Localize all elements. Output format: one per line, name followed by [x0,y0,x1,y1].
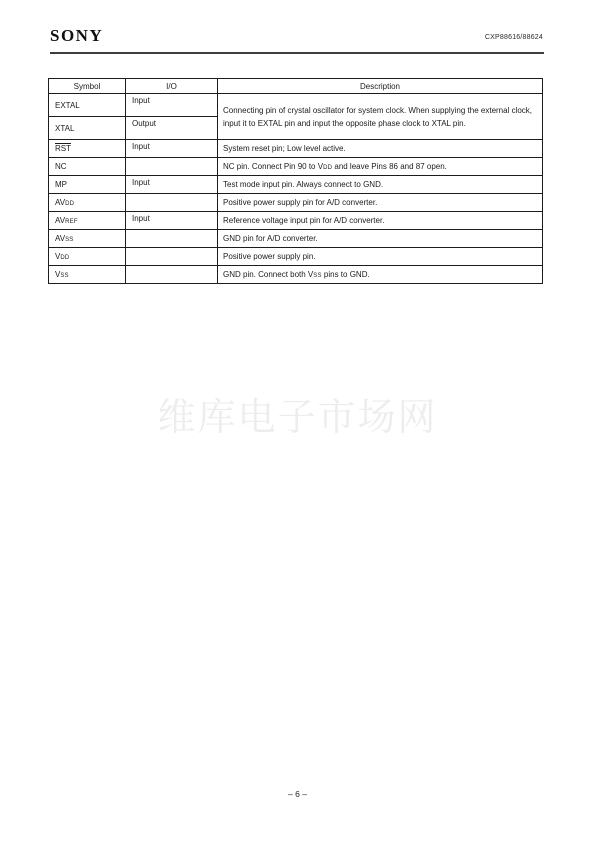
description-cell: Test mode input pin. Always connect to G… [218,176,543,194]
table-row-avref: AVREF Input Reference voltage input pin … [49,212,543,230]
symbol-cell: AVREF [49,212,126,230]
symbol-cell: NC [49,158,126,176]
symbol-cell: AVDD [49,194,126,212]
table-row-avss: AVSS GND pin for A/D converter. [49,230,543,248]
io-cell: Input [126,212,218,230]
description-cell: System reset pin; Low level active. [218,140,543,158]
io-cell [126,158,218,176]
io-cell [126,230,218,248]
sony-logo: SONY [50,26,103,46]
description-cell: Reference voltage input pin for A/D conv… [218,212,543,230]
io-cell: Input [126,140,218,158]
io-cell: Input [126,94,218,117]
page-number: – 6 – [0,789,595,799]
table-header-row: Symbol I/O Description [49,79,543,94]
symbol-cell: VDD [49,248,126,266]
io-cell [126,266,218,284]
table-row-avdd: AVDD Positive power supply pin for A/D c… [49,194,543,212]
io-cell: Input [126,176,218,194]
column-header-description: Description [218,79,543,94]
symbol-cell: XTAL [49,117,126,140]
pin-description-table: Symbol I/O Description EXTAL Input Conne… [48,78,543,284]
description-cell: Connecting pin of crystal oscillator for… [218,94,543,140]
datasheet-page: { "header": { "brand": "SONY", "doc_numb… [0,0,595,842]
description-cell: GND pin. Connect both VSS pins to GND. [218,266,543,284]
symbol-cell: EXTAL [49,94,126,117]
watermark-text: 维库电子市场网 [0,386,595,441]
column-header-symbol: Symbol [49,79,126,94]
header-divider [50,52,544,54]
description-cell: NC pin. Connect Pin 90 to VDD and leave … [218,158,543,176]
io-cell [126,194,218,212]
table-row-extal: EXTAL Input Connecting pin of crystal os… [49,94,543,117]
symbol-cell: AVSS [49,230,126,248]
table-row-vss: VSS GND pin. Connect both VSS pins to GN… [49,266,543,284]
table-row-rst: RST Input System reset pin; Low level ac… [49,140,543,158]
table-row-vdd: VDD Positive power supply pin. [49,248,543,266]
io-cell [126,248,218,266]
description-cell: GND pin for A/D converter. [218,230,543,248]
table-row-mp: MP Input Test mode input pin. Always con… [49,176,543,194]
symbol-cell: RST [49,140,126,158]
symbol-cell: MP [49,176,126,194]
description-cell: Positive power supply pin for A/D conver… [218,194,543,212]
document-number: CXP88616/88624 [485,34,543,41]
column-header-io: I/O [126,79,218,94]
io-cell: Output [126,117,218,140]
table-row-nc: NC NC pin. Connect Pin 90 to VDD and lea… [49,158,543,176]
description-cell: Positive power supply pin. [218,248,543,266]
symbol-cell: VSS [49,266,126,284]
